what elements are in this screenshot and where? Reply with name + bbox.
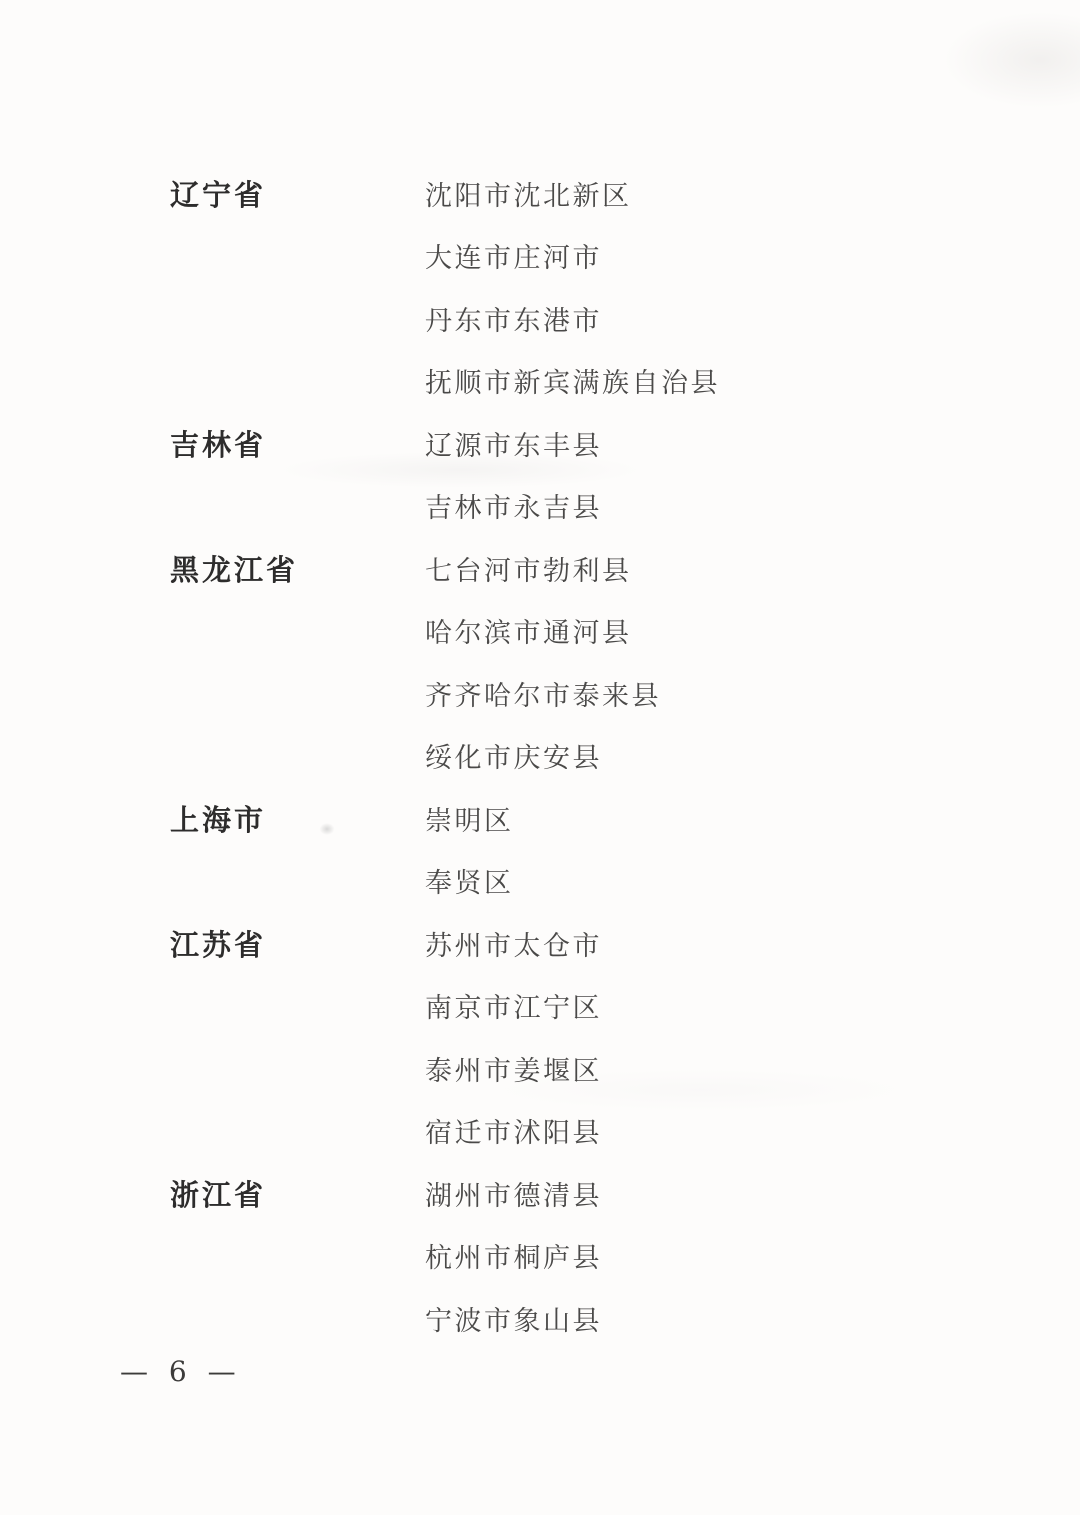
page-footer: — 6 — [120,1355,242,1388]
province-cell: 吉林省 [170,412,425,475]
province-group: 上海市 崇明区奉贤区 [170,787,930,912]
province-label: 上海市 [170,787,425,850]
region-item: 杭州市桐庐县 [425,1225,930,1288]
region-list: 湖州市德清县杭州市桐庐县宁波市象山县 [425,1162,930,1350]
region-item: 吉林市永吉县 [425,475,930,538]
province-label: 江苏省 [170,912,425,975]
region-item: 丹东市东港市 [425,287,930,350]
document-page: 辽宁省 沈阳市沈北新区大连市庄河市丹东市东港市抚顺市新宾满族自治县 吉林省 辽源… [0,0,1080,1515]
region-item: 奉贤区 [425,850,930,913]
province-group: 浙江省 湖州市德清县杭州市桐庐县宁波市象山县 [170,1162,930,1350]
region-item: 苏州市太仓市 [425,912,930,975]
region-item: 大连市庄河市 [425,225,930,288]
province-label: 浙江省 [170,1162,425,1225]
region-item: 哈尔滨市通河县 [425,600,930,663]
province-region-list: 辽宁省 沈阳市沈北新区大连市庄河市丹东市东港市抚顺市新宾满族自治县 吉林省 辽源… [170,162,930,1350]
region-item: 辽源市东丰县 [425,412,930,475]
province-label: 吉林省 [170,412,425,475]
region-item: 宿迁市沭阳县 [425,1100,930,1163]
province-cell: 浙江省 [170,1162,425,1225]
province-group: 吉林省 辽源市东丰县吉林市永吉县 [170,412,930,537]
province-label: 黑龙江省 [170,537,425,600]
province-group: 江苏省 苏州市太仓市南京市江宁区泰州市姜堰区宿迁市沭阳县 [170,912,930,1162]
region-item: 沈阳市沈北新区 [425,162,930,225]
region-item: 七台河市勃利县 [425,537,930,600]
province-group: 辽宁省 沈阳市沈北新区大连市庄河市丹东市东港市抚顺市新宾满族自治县 [170,162,930,412]
region-list: 辽源市东丰县吉林市永吉县 [425,412,930,537]
province-label: 辽宁省 [170,162,425,225]
page-number: — 6 — [120,1355,242,1388]
region-item: 崇明区 [425,787,930,850]
region-item: 湖州市德清县 [425,1162,930,1225]
region-item: 绥化市庆安县 [425,725,930,788]
region-item: 泰州市姜堰区 [425,1037,930,1100]
region-item: 齐齐哈尔市泰来县 [425,662,930,725]
province-cell: 上海市 [170,787,425,850]
region-item: 宁波市象山县 [425,1287,930,1350]
province-group: 黑龙江省 七台河市勃利县哈尔滨市通河县齐齐哈尔市泰来县绥化市庆安县 [170,537,930,787]
province-cell: 江苏省 [170,912,425,975]
region-item: 抚顺市新宾满族自治县 [425,350,930,413]
region-list: 沈阳市沈北新区大连市庄河市丹东市东港市抚顺市新宾满族自治县 [425,162,930,412]
province-cell: 黑龙江省 [170,537,425,600]
region-list: 七台河市勃利县哈尔滨市通河县齐齐哈尔市泰来县绥化市庆安县 [425,537,930,787]
province-cell: 辽宁省 [170,162,425,225]
region-list: 崇明区奉贤区 [425,787,930,912]
region-item: 南京市江宁区 [425,975,930,1038]
region-list: 苏州市太仓市南京市江宁区泰州市姜堰区宿迁市沭阳县 [425,912,930,1162]
